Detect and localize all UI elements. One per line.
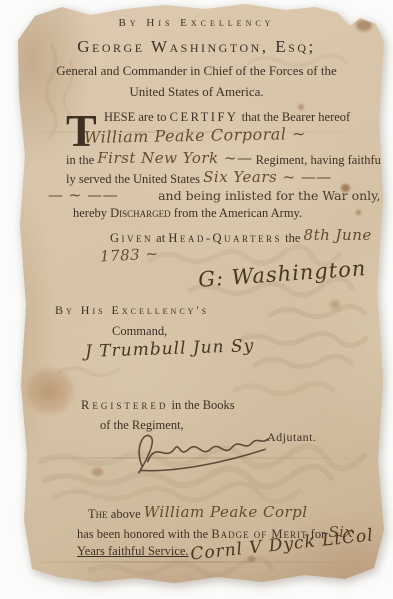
paper-sheet: By His Excellency George Washington, Esq… xyxy=(0,0,393,599)
filler-dashes-line: — ~ ——and being inlisted for the War onl… xyxy=(48,186,393,204)
honored-prefix: has been honored with the xyxy=(77,527,211,541)
heading-commander-in-chief: General and Commander in Chief of the Fo… xyxy=(0,63,393,79)
the-word: The xyxy=(88,507,108,521)
discharged-word: Discharged xyxy=(110,206,171,220)
command-word: Command, xyxy=(112,324,167,339)
handwritten-date: 8th June xyxy=(304,226,372,244)
served-line: ly served the United States Six Years ~ … xyxy=(66,169,332,187)
handwritten-bearer-name: William Peake Corporal ~ xyxy=(84,124,306,147)
given-the: the xyxy=(282,231,304,245)
by-excellencys-line: By His Excellency's xyxy=(55,303,209,318)
regiment-in-the: in the xyxy=(66,153,97,167)
discharge-line: hereby Discharged from the American Army… xyxy=(73,206,302,221)
certify-bearer-tail: that the Bearer hereof xyxy=(238,110,350,124)
heading-george-washington: George Washington, Esq; xyxy=(0,37,393,57)
washington-signature: G: Washington xyxy=(197,256,367,292)
certify-hese: HESE xyxy=(104,110,135,124)
certify-are-to: are to xyxy=(135,110,169,124)
discharge-hereby: hereby xyxy=(73,206,110,220)
heading-by-his-excellency: By His Excellency xyxy=(0,17,393,29)
inlisted-tail: and being inlisted for the War only, is xyxy=(158,188,393,203)
document-paper: By His Excellency George Washington, Esq… xyxy=(0,0,393,599)
served-prefix: ly served the United States xyxy=(66,172,203,186)
handwritten-honoree-name: William Peake Corpl xyxy=(144,503,308,521)
secretary-signature: J Trumbull Jun Sy xyxy=(85,336,255,362)
small-stain-spot xyxy=(356,210,361,215)
service-line: Years faithful Service. xyxy=(77,544,189,559)
registered-word: Registered xyxy=(81,398,168,412)
given-line: Given at Head-Quarters the 8th June xyxy=(110,228,372,246)
above-word: above xyxy=(108,507,144,521)
certify-word: CERTIFY xyxy=(170,110,239,124)
registered-line: Registered in the Books xyxy=(81,398,235,413)
adjutant-label: Adjutant. xyxy=(267,430,317,445)
large-ink-stain xyxy=(24,368,76,414)
regiment-line: in the First New York ~— Regiment, havin… xyxy=(66,150,389,168)
registered-books-tail: in the Books xyxy=(168,398,234,412)
given-word: Given xyxy=(110,231,153,245)
small-stain-spot xyxy=(330,300,340,309)
handwritten-filler-dashes: — ~ —— xyxy=(48,186,118,204)
headquarters-word: Head-Quarters xyxy=(168,231,282,245)
small-stain-spot xyxy=(92,468,103,476)
handwritten-duration: Six Years ~ —— xyxy=(203,168,332,186)
discharge-tail: from the American Army. xyxy=(171,206,302,220)
given-at: at xyxy=(153,231,168,245)
handwritten-year: 1783 ~ xyxy=(100,244,159,265)
certify-line: HESE are to CERTIFY that the Bearer here… xyxy=(104,110,350,125)
badge-above-line: The above William Peake Corpl xyxy=(88,504,308,522)
handwritten-regiment-name: First New York ~— xyxy=(97,149,252,167)
regiment-tail: Regiment, having faithful- xyxy=(252,153,388,167)
heading-united-states: United States of America. xyxy=(0,84,393,100)
